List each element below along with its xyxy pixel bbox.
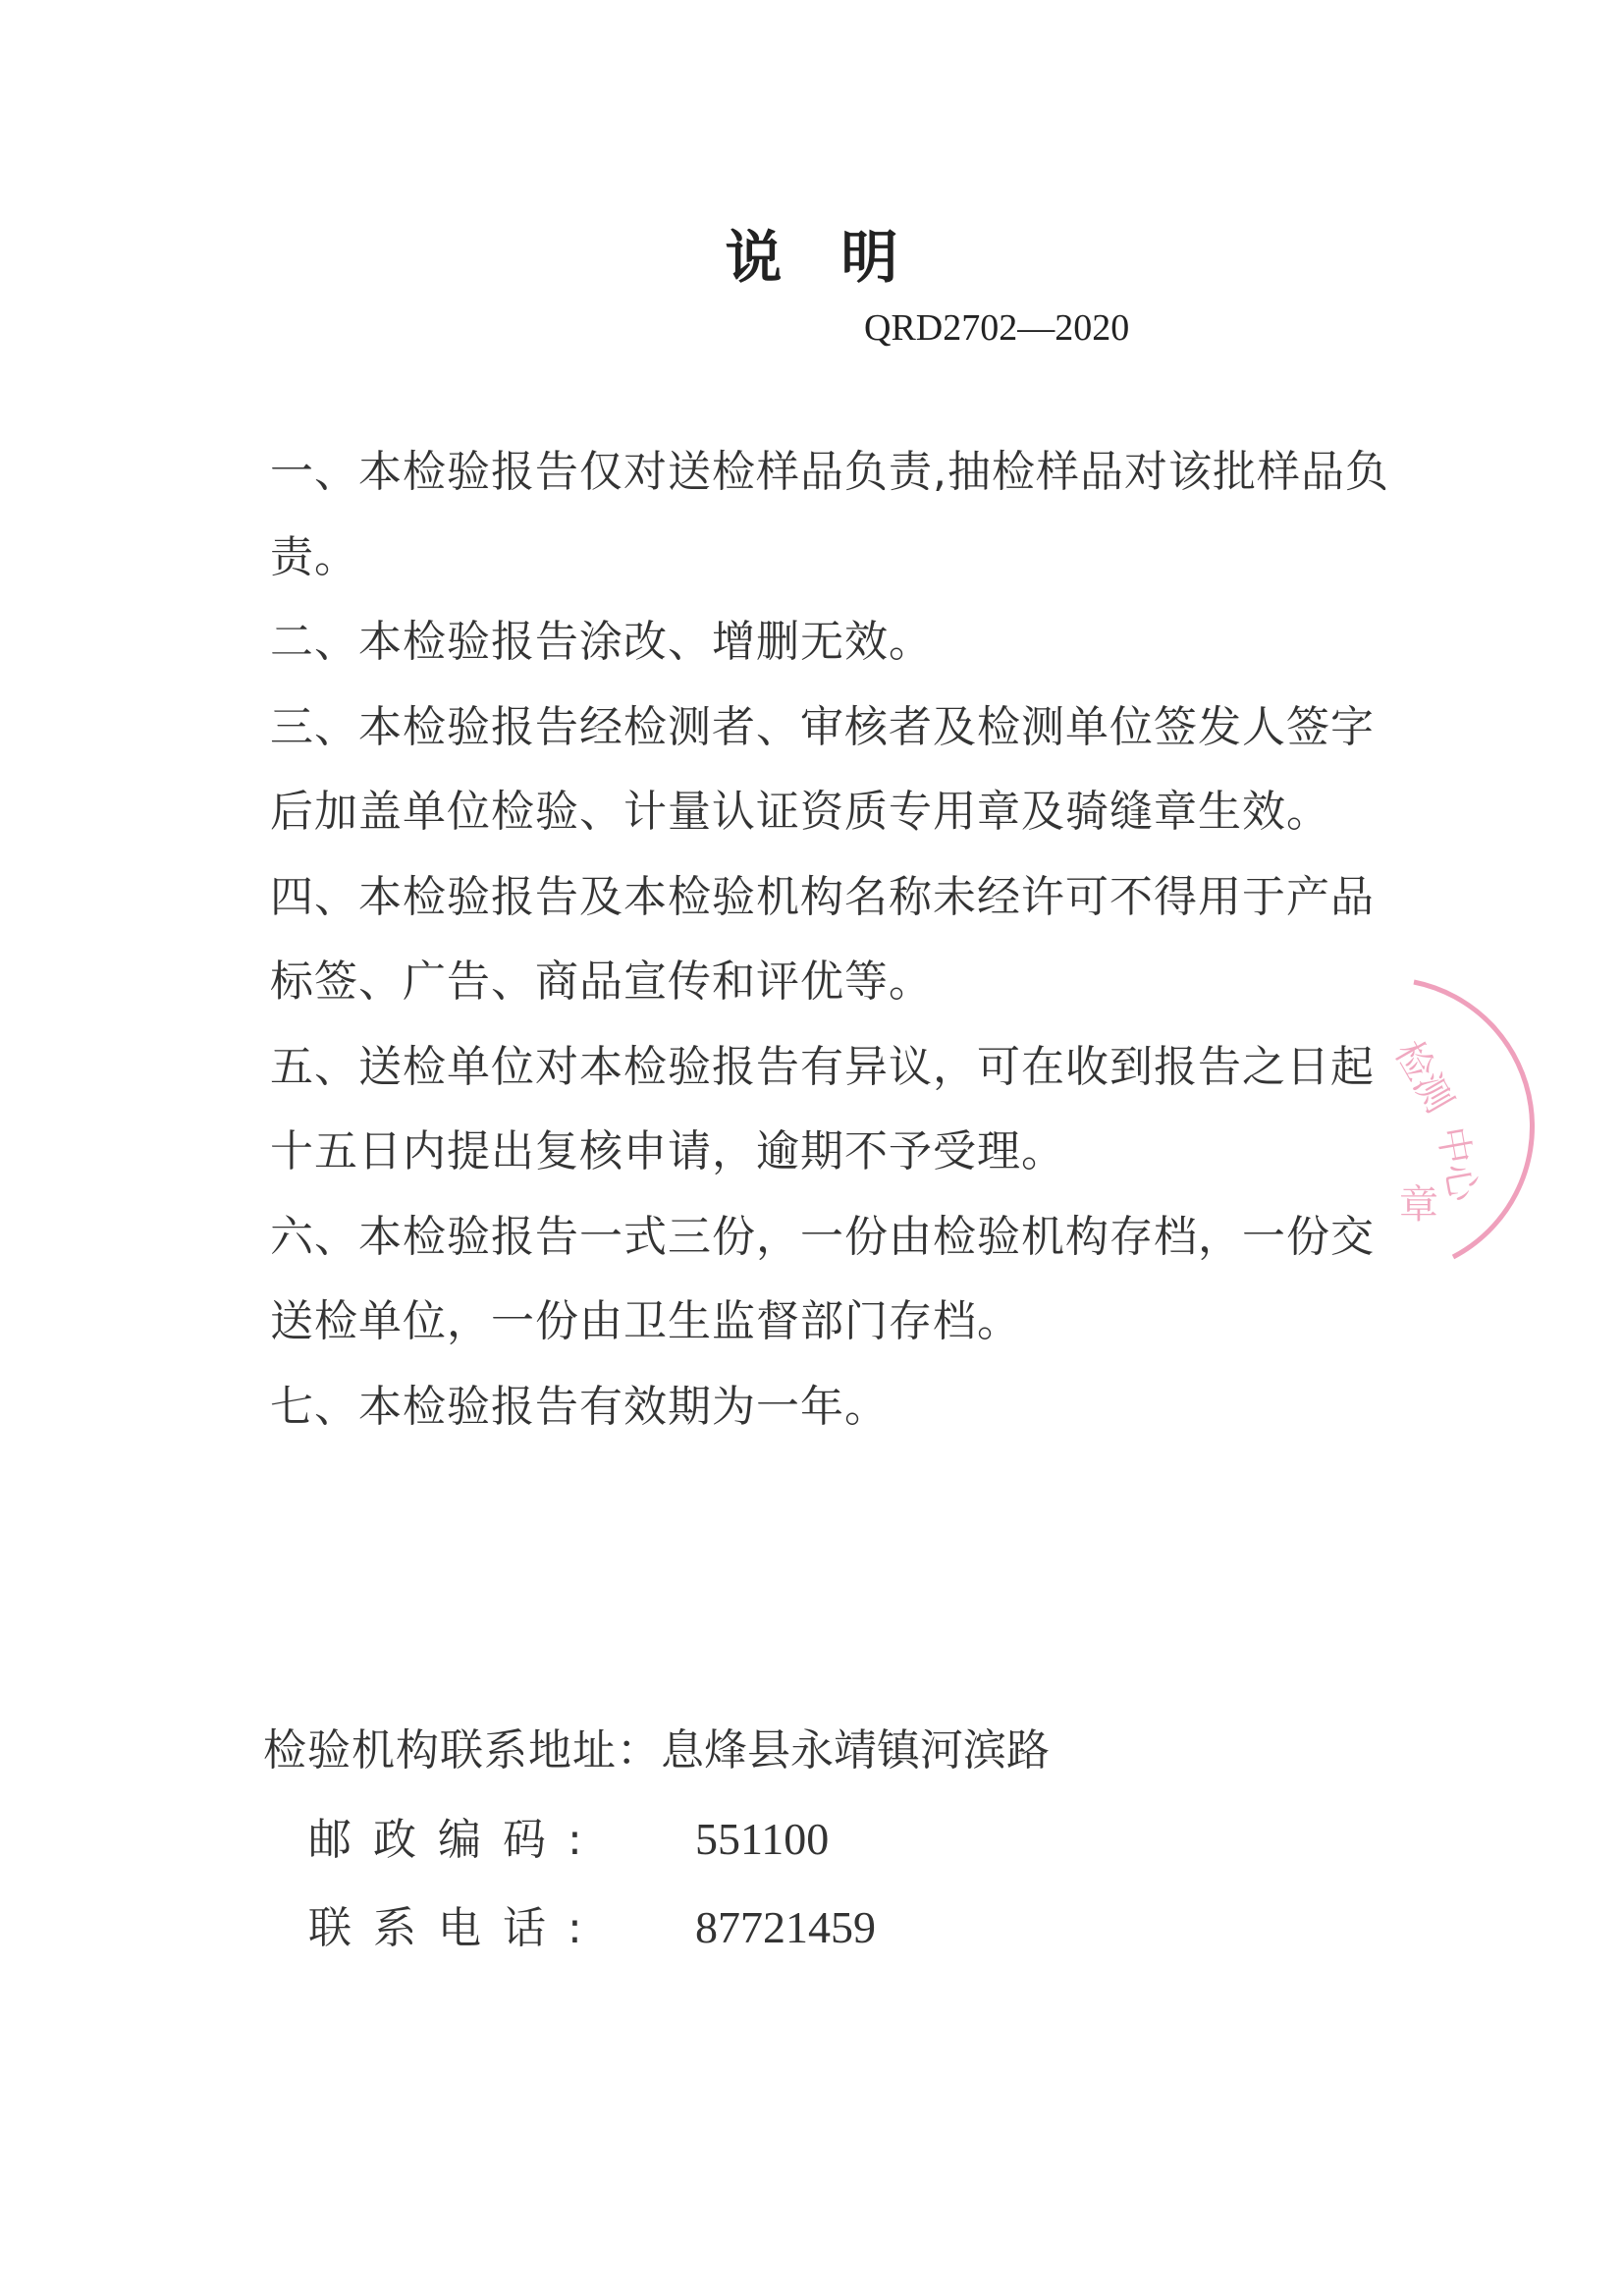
notice-item-5: 五、送检单位对本检验报告有异议，可在收到报告之日起十五日内提出复核申请，逾期不予… [270, 1025, 1389, 1195]
notice-item-3: 三、本检验报告经检测者、审核者及检测单位签发人签字后加盖单位检验、计量认证资质专… [270, 685, 1389, 855]
svg-text:章: 章 [1399, 1182, 1438, 1228]
notice-item-6: 六、本检验报告一式三份，一份由检验机构存档，一份交送检单位，一份由卫生监督部门存… [270, 1195, 1389, 1365]
official-seal-stamp-icon: 检测 中心 章 [1355, 972, 1591, 1267]
phone-value: 87721459 [695, 1902, 876, 1952]
svg-text:检测: 检测 [1386, 1034, 1461, 1121]
postal-label: 邮政编码: [263, 1796, 695, 1885]
notice-list: 一、本检验报告仅对送检样品负责,抽检样品对该批样品负责。 二、本检验报告涂改、增… [270, 430, 1389, 1449]
address-label: 检验机构联系地址： [263, 1725, 661, 1776]
notice-item-1: 一、本检验报告仅对送检样品负责,抽检样品对该批样品负责。 [270, 430, 1389, 600]
phone-row: 联系电话:87721459 [263, 1884, 1050, 1972]
address-row: 检验机构联系地址：息烽县永靖镇河滨路 [263, 1707, 1050, 1795]
postal-value: 551100 [695, 1814, 829, 1864]
contact-block: 检验机构联系地址：息烽县永靖镇河滨路 邮政编码:551100 联系电话:8772… [263, 1707, 1050, 1972]
notice-item-7: 七、本检验报告有效期为一年。 [270, 1365, 1389, 1450]
page-title: 说明 [0, 211, 1623, 294]
document-code: QRD2702—2020 [864, 306, 1129, 350]
postal-row: 邮政编码:551100 [263, 1795, 1050, 1884]
phone-label: 联系电话: [263, 1885, 695, 1973]
notice-item-4: 四、本检验报告及本检验机构名称未经许可不得用于产品标签、广告、商品宣传和评优等。 [270, 855, 1389, 1025]
notice-item-2: 二、本检验报告涂改、增删无效。 [270, 600, 1389, 685]
address-value: 息烽县永靖镇河滨路 [661, 1725, 1050, 1776]
